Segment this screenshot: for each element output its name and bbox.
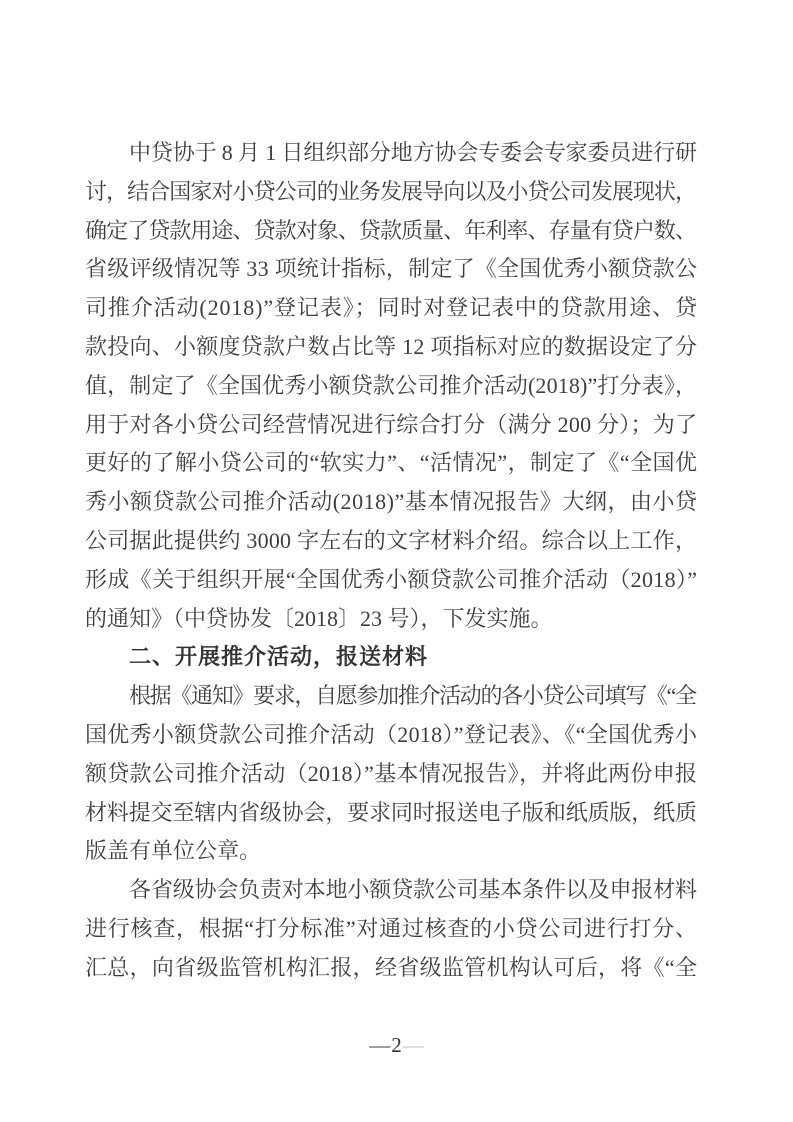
text-line-content: 形成《关于组织开展“全国优秀小额贷款公司推介活动（2018）” <box>85 567 697 592</box>
text-line: 用于对各小贷公司经营情况进行综合打分（满分 200 分）；为了 <box>85 406 697 445</box>
text-line: 讨，结合国家对小贷公司的业务发展导向以及小贷公司发展现状， <box>85 173 697 212</box>
text-line: 国优秀小额贷款公司推介活动（2018）”登记表》、《“全国优秀小 <box>85 716 697 755</box>
text-line: 形成《关于组织开展“全国优秀小额贷款公司推介活动（2018）” <box>85 561 697 600</box>
document-page: 中贷协于 8 月 1 日组织部分地方协会专委会专家委员进行研讨，结合国家对小贷公… <box>0 0 793 1122</box>
text-line: 更好的了解小贷公司的“软实力”、“活情况”，制定了《“全国优 <box>85 444 697 483</box>
text-block: 中贷协于 8 月 1 日组织部分地方协会专委会专家委员进行研讨，结合国家对小贷公… <box>85 134 697 988</box>
text-line-content: 款投向、小额度贷款户数占比等 12 项指标对应的数据设定了分 <box>85 334 697 359</box>
text-line-content: 公司据此提供约 3000 字左右的文字材料介绍。综合以上工作， <box>85 528 697 553</box>
page-number-dash-left: — <box>369 1033 390 1057</box>
text-line: 中贷协于 8 月 1 日组织部分地方协会专委会专家委员进行研 <box>85 134 697 173</box>
text-line-content: 确定了贷款用途、贷款对象、贷款质量、年利率、存量有贷户数、 <box>85 218 696 243</box>
text-line-content: 国优秀小额贷款公司推介活动（2018）”登记表》、《“全国优秀小 <box>85 722 697 747</box>
text-line-content: 根据《通知》要求，自愿参加推介活动的各小贷公司填写《“全 <box>129 683 696 708</box>
text-line-content: 省级评级情况等 33 项统计指标，制定了《全国优秀小额贷款公 <box>85 256 697 281</box>
text-line: 各省级协会负责对本地小额贷款公司基本条件以及申报材料 <box>85 871 697 910</box>
text-line: 省级评级情况等 33 项统计指标，制定了《全国优秀小额贷款公 <box>85 250 697 289</box>
text-line: 版盖有单位公章。 <box>85 832 697 871</box>
text-line: 确定了贷款用途、贷款对象、贷款质量、年利率、存量有贷户数、 <box>85 212 697 251</box>
text-line-content: 讨，结合国家对小贷公司的业务发展导向以及小贷公司发展现状， <box>85 179 696 204</box>
text-line-content: 司推介活动(2018)”登记表》；同时对登记表中的贷款用途、贷 <box>85 295 698 320</box>
text-line: 秀小额贷款公司推介活动(2018)”基本情况报告》大纲，由小贷 <box>85 483 697 522</box>
text-line-content: 进行核查，根据“打分标准”对通过核查的小贷公司进行打分、 <box>85 916 698 941</box>
section-heading: 二、开展推介活动，报送材料 <box>85 638 697 677</box>
text-line: 款投向、小额度贷款户数占比等 12 项指标对应的数据设定了分 <box>85 328 697 367</box>
text-line-content: 的通知》（中贷协发〔2018〕23 号），下发实施。 <box>85 606 553 631</box>
text-line-content: 秀小额贷款公司推介活动(2018)”基本情况报告》大纲，由小贷 <box>85 489 698 514</box>
text-line-content: 中贷协于 8 月 1 日组织部分地方协会专委会专家委员进行研 <box>129 140 697 165</box>
text-line-content: 版盖有单位公章。 <box>85 838 261 863</box>
text-line-content: 更好的了解小贷公司的“软实力”、“活情况”，制定了《“全国优 <box>85 450 697 475</box>
text-line-content: 用于对各小贷公司经营情况进行综合打分（满分 200 分）；为了 <box>85 412 697 437</box>
page-number: —2— <box>0 1032 793 1058</box>
text-line: 值，制定了《全国优秀小额贷款公司推介活动(2018)”打分表》， <box>85 367 697 406</box>
text-line: 额贷款公司推介活动（2018）”基本情况报告》，并将此两份申报 <box>85 755 697 794</box>
text-line: 的通知》（中贷协发〔2018〕23 号），下发实施。 <box>85 600 697 639</box>
text-line-content: 汇总，向省级监管机构汇报，经省级监管机构认可后，将《“全 <box>85 955 697 980</box>
text-line-content: 各省级协会负责对本地小额贷款公司基本条件以及申报材料 <box>129 877 697 902</box>
text-line: 公司据此提供约 3000 字左右的文字材料介绍。综合以上工作， <box>85 522 697 561</box>
page-number-value: 2 <box>390 1033 403 1057</box>
text-line: 司推介活动(2018)”登记表》；同时对登记表中的贷款用途、贷 <box>85 289 697 328</box>
section-heading-text: 二、开展推介活动，报送材料 <box>129 644 428 669</box>
text-line-content: 值，制定了《全国优秀小额贷款公司推介活动(2018)”打分表》， <box>85 373 697 398</box>
text-line: 材料提交至辖内省级协会，要求同时报送电子版和纸质版，纸质 <box>85 794 697 833</box>
text-line: 进行核查，根据“打分标准”对通过核查的小贷公司进行打分、 <box>85 910 697 949</box>
text-line: 汇总，向省级监管机构汇报，经省级监管机构认可后，将《“全 <box>85 949 697 988</box>
page-number-dash-right: — <box>403 1033 424 1057</box>
text-line-content: 额贷款公司推介活动（2018）”基本情况报告》，并将此两份申报 <box>85 761 697 786</box>
text-line-content: 材料提交至辖内省级协会，要求同时报送电子版和纸质版，纸质 <box>85 800 697 825</box>
text-line: 根据《通知》要求，自愿参加推介活动的各小贷公司填写《“全 <box>85 677 697 716</box>
